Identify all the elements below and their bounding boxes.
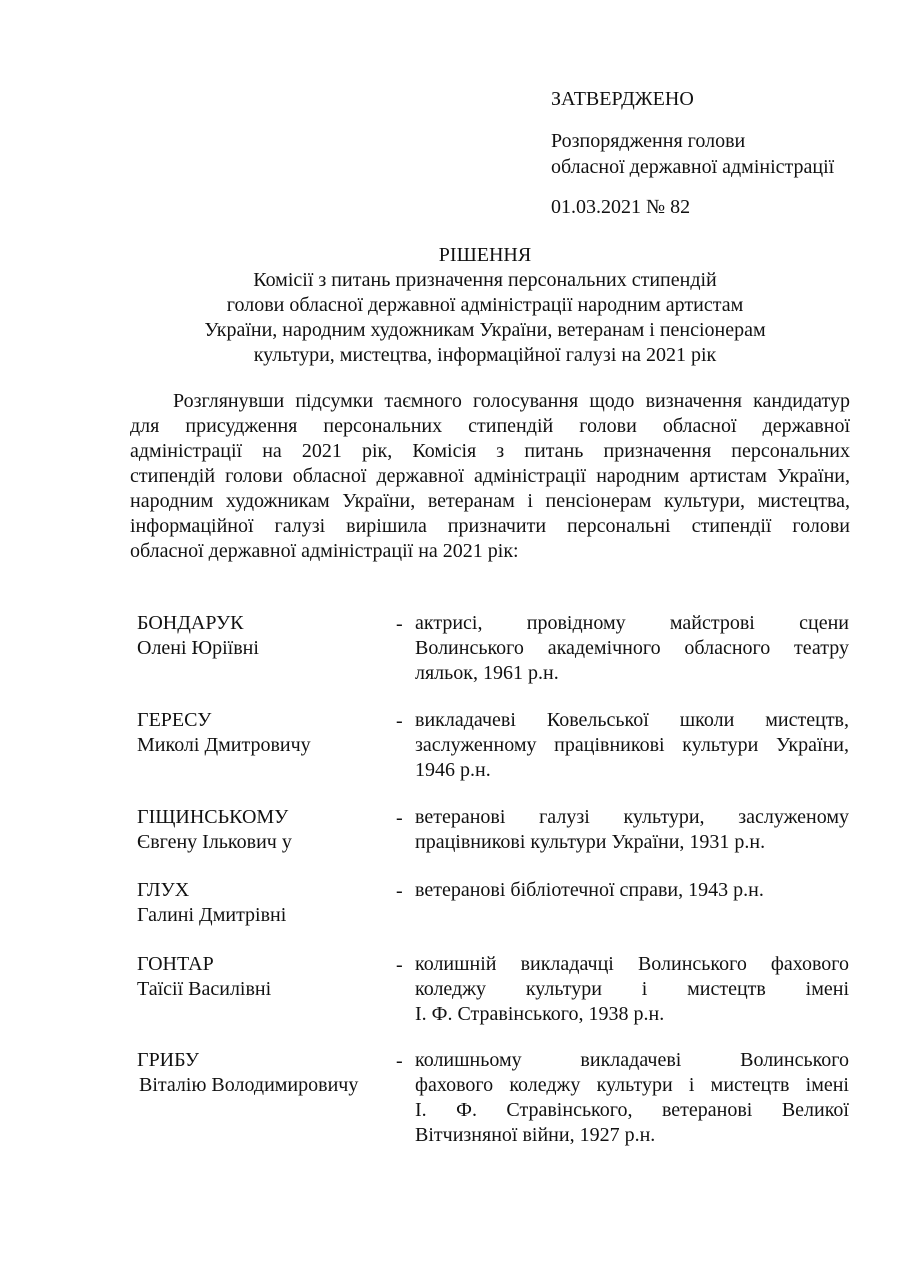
recipient-description-line: 1946 р.н. [415, 758, 849, 783]
recipient-description: викладачеві Ковельської школи мистецтв, … [415, 708, 849, 783]
decision-subtitle-line: голови обласної державної адміністрації … [120, 293, 850, 318]
recipient-dash: - [396, 611, 403, 637]
approval-order-line: обласної державної адміністрації [551, 154, 881, 180]
recipient-description-line: Вітчизняної війни, 1927 р.н. [415, 1123, 849, 1148]
intro-line: Розглянувши підсумки таємного голосуванн… [130, 389, 850, 414]
intro-paragraph: Розглянувши підсумки таємного голосуванн… [130, 389, 850, 564]
recipient-description: колишній викладачці Волинського фахового… [415, 952, 849, 1027]
recipient-description-line: Волинського академічного обласного театр… [415, 636, 849, 661]
recipient-description-line: заслуженному працівникові культури Украї… [415, 733, 849, 758]
intro-line: обласної державної адміністрації на 2021… [130, 539, 850, 564]
recipient-given-names: Віталію Володимировичу [137, 1073, 387, 1098]
decision-title: РІШЕННЯ [120, 243, 850, 268]
approval-block: ЗАТВЕРДЖЕНО Розпорядження голови обласно… [551, 86, 881, 220]
recipient-description-line: викладачеві Ковельської школи мистецтв, [415, 708, 849, 733]
decision-subtitle-line: України, народним художникам України, ве… [120, 318, 850, 343]
recipient-description: актрисі, провідному майстрові сцени Воли… [415, 611, 849, 686]
recipient-surname: ГІЩИНСЬКОМУ [137, 805, 387, 830]
recipient-surname: ГЕРЕСУ [137, 708, 387, 733]
recipient-given-names: Євгену Ількович у [137, 830, 387, 855]
approval-order-line: Розпорядження голови [551, 128, 881, 154]
recipient-description: колишньому викладачеві Волинського фахов… [415, 1048, 849, 1148]
recipient-name: ГЛУХ Галині Дмитрівні [137, 878, 387, 928]
recipient-description-line: фахового коледжу культури і мистецтв іме… [415, 1073, 849, 1098]
recipient-surname: ГОНТАР [137, 952, 387, 977]
recipient-description-line: ветеранові бібліотечної справи, 1943 р.н… [415, 878, 849, 903]
recipient-surname: ГРИБУ [137, 1048, 387, 1073]
recipient-description-line: ветеранові галузі культури, заслуженому [415, 805, 849, 830]
recipient-given-names: Миколі Дмитровичу [137, 733, 387, 758]
recipient-name: БОНДАРУК Олені Юріївні [137, 611, 387, 661]
approval-order: Розпорядження голови обласної державної … [551, 128, 881, 180]
recipient-description-line: працівникові культури України, 1931 р.н. [415, 830, 849, 855]
recipient-name: ГОНТАР Таїсії Василівні [137, 952, 387, 1002]
recipient-dash: - [396, 878, 403, 904]
recipient-name: ГРИБУ Віталію Володимировичу [137, 1048, 387, 1098]
recipient-description: ветеранові бібліотечної справи, 1943 р.н… [415, 878, 849, 903]
recipient-description: ветеранові галузі культури, заслуженому … [415, 805, 849, 855]
recipient-dash: - [396, 805, 403, 831]
intro-line: народним художникам України, ветеранам і… [130, 489, 850, 514]
recipient-description-line: коледжу культури і мистецтв імені [415, 977, 849, 1002]
decision-heading: РІШЕННЯ Комісії з питань призначення пер… [120, 243, 850, 368]
recipient-description-line: І. Ф. Стравінського, ветеранові Великої [415, 1098, 849, 1123]
recipient-given-names: Олені Юріївні [137, 636, 387, 661]
decision-subtitle-line: Комісії з питань призначення персональни… [120, 268, 850, 293]
approval-stamp: ЗАТВЕРДЖЕНО [551, 86, 881, 112]
recipient-name: ГЕРЕСУ Миколі Дмитровичу [137, 708, 387, 758]
recipient-surname: БОНДАРУК [137, 611, 387, 636]
intro-line: адміністрації на 2021 рік, Комісія з пит… [130, 439, 850, 464]
recipient-description-line: колишньому викладачеві Волинського [415, 1048, 849, 1073]
recipient-description-line: колишній викладачці Волинського фахового [415, 952, 849, 977]
recipient-dash: - [396, 708, 403, 734]
recipient-given-names: Галині Дмитрівні [137, 903, 387, 928]
recipient-dash: - [396, 952, 403, 978]
decision-subtitle-line: культури, мистецтва, інформаційної галуз… [120, 343, 850, 368]
recipient-dash: - [396, 1048, 403, 1074]
recipient-surname: ГЛУХ [137, 878, 387, 903]
intro-line: інформаційної галузі вирішила призначити… [130, 514, 850, 539]
intro-line: стипендій голови обласної державної адмі… [130, 464, 850, 489]
approval-date-number: 01.03.2021 № 82 [551, 194, 881, 220]
recipient-description-line: І. Ф. Стравінського, 1938 р.н. [415, 1002, 849, 1027]
recipient-given-names: Таїсії Василівні [137, 977, 387, 1002]
recipient-description-line: актрисі, провідному майстрові сцени [415, 611, 849, 636]
recipient-description-line: ляльок, 1961 р.н. [415, 661, 849, 686]
intro-line: для присудження персональних стипендій г… [130, 414, 850, 439]
recipient-name: ГІЩИНСЬКОМУ Євгену Ількович у [137, 805, 387, 855]
